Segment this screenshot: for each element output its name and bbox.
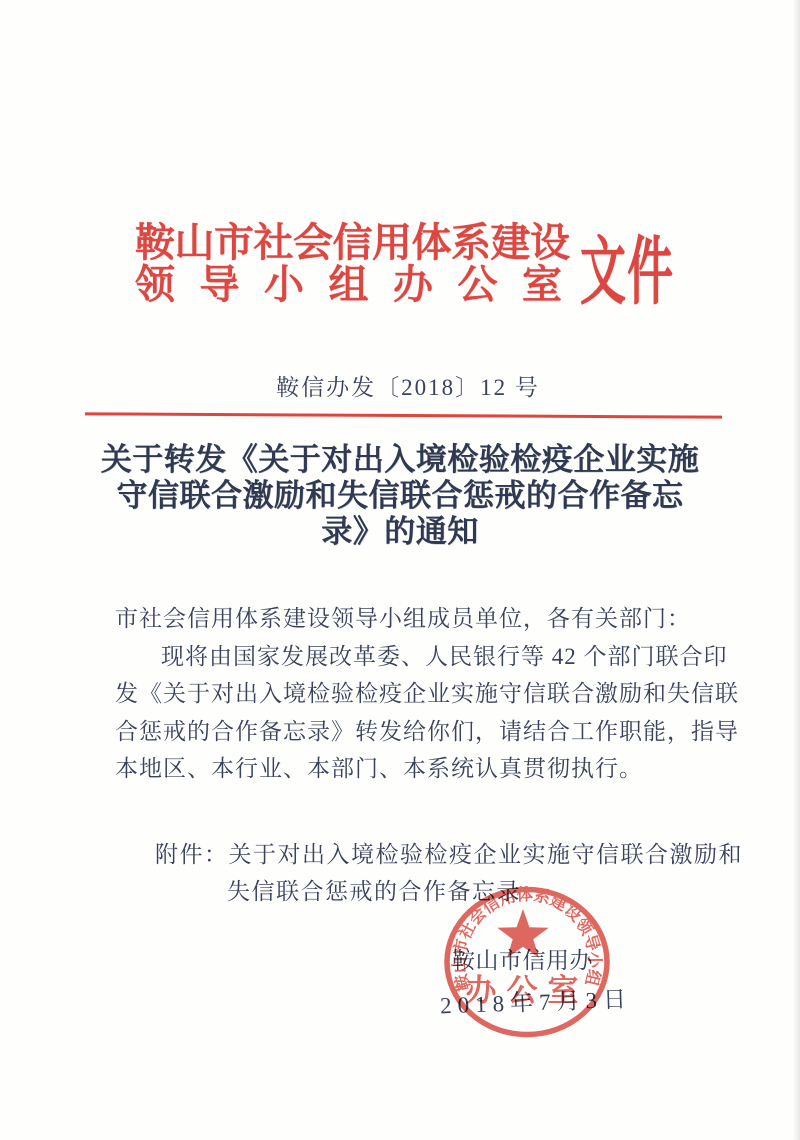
official-seal: 鞍山市社会信用体系建设领导小组 办公室 xyxy=(437,877,617,1047)
red-separator-rule xyxy=(85,412,722,418)
attachment-line-1: 附件：关于对出入境检验检疫企业实施守信联合激励和 xyxy=(155,836,743,869)
scan-edge-shadow xyxy=(793,0,800,1140)
document-number: 鞍信办发〔2018〕12 号 xyxy=(8,369,800,402)
attachment-label: 附件： xyxy=(155,842,229,867)
title-line-2: 守信联合激励和失信联合惩戒的合作备忘 xyxy=(0,478,800,514)
document-body: 市社会信用体系建设领导小组成员单位，各有关部门： 现将由国家发展改革委、人民银行… xyxy=(115,600,715,788)
seal-center-text: 办公室 xyxy=(466,973,589,1008)
title-line-3: 录》的通知 xyxy=(0,514,800,550)
body-line: 现将由国家发展改革委、人民银行等 42 个部门联合印 xyxy=(115,638,715,676)
body-line: 发《关于对出入境检验检疫企业实施守信联合激励和失信联 xyxy=(115,675,715,713)
seal-star-icon xyxy=(497,909,548,958)
salutation-line: 市社会信用体系建设领导小组成员单位，各有关部门： xyxy=(115,600,715,638)
attachment-title-part1: 关于对出入境检验检疫企业实施守信联合激励和 xyxy=(229,842,744,867)
letterhead-doc-type: 文件 xyxy=(580,213,674,319)
title-line-1: 关于转发《关于对出入境检验检疫企业实施 xyxy=(0,442,800,478)
letterhead-org-line2: 领导小组办公室 xyxy=(135,253,587,310)
body-line: 合惩戒的合作备忘录》转发给你们，请结合工作职能，指导 xyxy=(115,713,715,751)
body-line: 本地区、本行业、本部门、本系统认真贯彻执行。 xyxy=(115,750,715,788)
document-title: 关于转发《关于对出入境检验检疫企业实施 守信联合激励和失信联合惩戒的合作备忘 录… xyxy=(0,442,800,550)
official-document-page: 鞍山市社会信用体系建设 领导小组办公室 文件 鞍信办发〔2018〕12 号 关于… xyxy=(0,0,800,1140)
